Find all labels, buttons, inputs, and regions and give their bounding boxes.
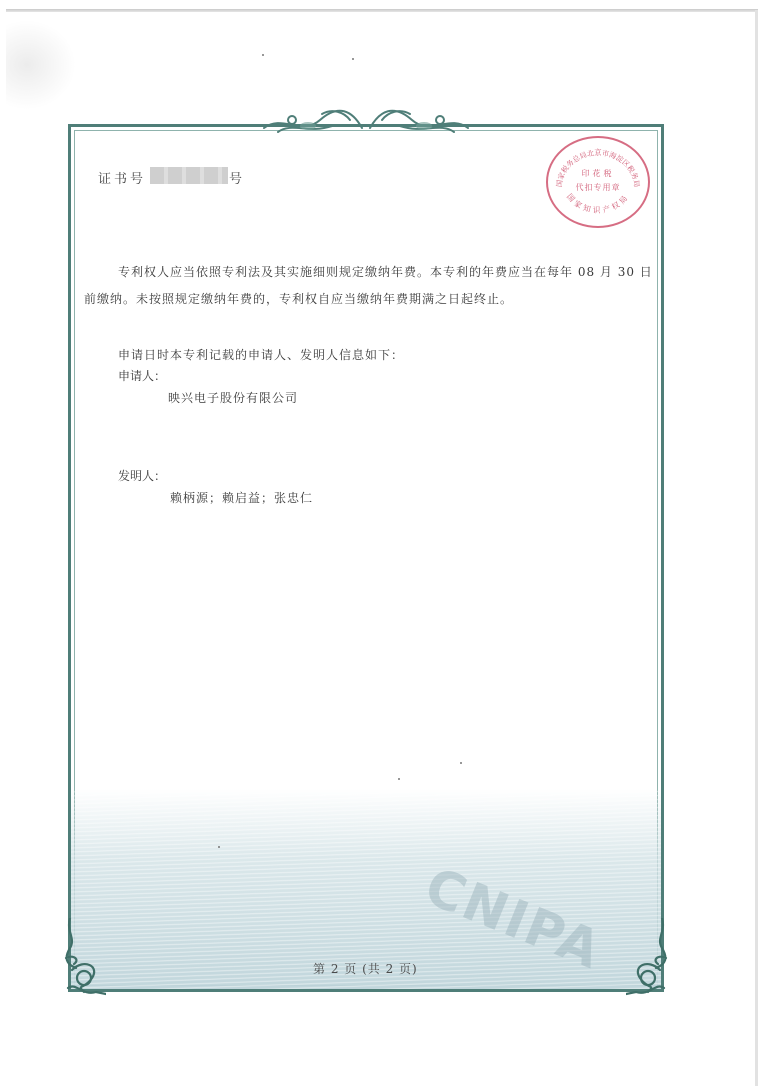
scanned-sheet-right-edge: [755, 10, 758, 1086]
seal-center-line-1: 印花税: [548, 168, 648, 179]
scan-speck: [352, 58, 354, 60]
scanned-sheet-top-edge: [6, 9, 758, 12]
annual-fee-paragraph-line-2: 前缴纳。未按照规定缴纳年费的，专利权自应当缴纳年费期满之日起终止。: [84, 290, 513, 307]
certificate-number-suffix: 号: [229, 168, 242, 187]
inventor-value: 赖柄源；赖启益；张忠仁: [170, 489, 313, 506]
annual-fee-paragraph-line-1: 专利权人应当依照专利法及其实施细则规定缴纳年费。本专利的年费应当在每年 08 月…: [118, 263, 653, 280]
scan-speck: [218, 846, 220, 848]
svg-text:国家知识产权局: 国家知识产权局: [565, 192, 631, 215]
official-seal-stamp: 国家税务总局北京市海淀区税务局 国家知识产权局 印花税 代扣专用章: [546, 136, 650, 228]
guilloche-background: CNIPA: [71, 789, 661, 989]
bottom-right-corner-ornament-icon: [626, 918, 670, 998]
certificate-frame: CNIPA: [68, 124, 664, 992]
watermark: CNIPA: [416, 857, 610, 982]
seal-center-line-2: 代扣专用章: [548, 182, 648, 193]
applicant-value: 映兴电子股份有限公司: [168, 389, 298, 406]
applicant-info-intro: 申请日时本专利记载的申请人、发明人信息如下：: [118, 346, 404, 363]
bottom-left-corner-ornament-icon: [62, 918, 106, 998]
scan-speck: [398, 778, 400, 780]
top-scroll-ornament-icon: [262, 106, 470, 138]
scan-smudge: [6, 20, 76, 110]
inventor-label: 发明人：: [118, 467, 166, 484]
scan-speck: [262, 54, 264, 56]
page-indicator: 第 2 页 (共 2 页): [313, 960, 418, 977]
certificate-number-label: 证书号: [98, 168, 146, 187]
applicant-label: 申请人：: [118, 367, 166, 384]
scan-speck: [460, 762, 462, 764]
certificate-number-redacted: [150, 167, 228, 184]
